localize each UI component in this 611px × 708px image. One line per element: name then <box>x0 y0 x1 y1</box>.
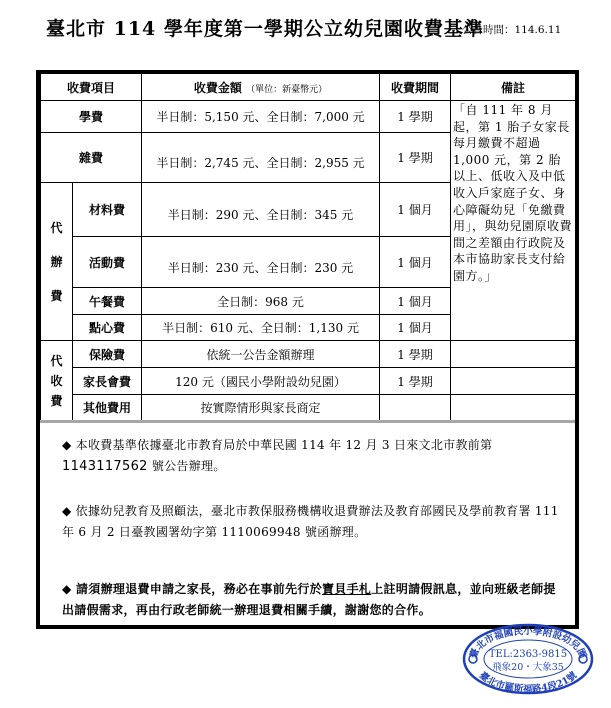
header-period: 收費期間 <box>380 74 451 101</box>
note-regulation: ◆ 依據幼兒教育及照顧法，臺北市教保服務機構收退費辦法及教育部國民及學前教育署 … <box>62 501 562 543</box>
group-daiban-cell: 代辦費 <box>41 183 73 341</box>
table-bottom-rule <box>40 420 575 423</box>
remark-text: 「自 111 年 8 月起，第 1 胎子女家長每月繳費不超過 1,000 元，第… <box>453 103 572 283</box>
period-cell: 1 學期 <box>380 368 451 395</box>
svg-text:TEL:2363-9815: TEL:2363-9815 <box>489 649 567 660</box>
seal-icon: 臺北市福國民小學附設幼兒園 臺北市羅斯福路4段21號 TEL:2363-9815… <box>461 622 595 696</box>
amount-cell: 120 元（國民小學附設幼兒園） <box>142 368 380 395</box>
notes-section: ◆ 本收費基準依據臺北市教育局於中華民國 114 年 12 月 3 日來文北市教… <box>62 435 562 645</box>
item-cell: 午餐費 <box>73 288 142 315</box>
item-cell: 雜費 <box>41 133 142 183</box>
period-cell: 1 個月 <box>380 237 451 288</box>
note1-text: ◆ 本收費基準依據臺北市教育局於中華民國 114 年 12 月 3 日來文北市教… <box>62 438 492 452</box>
item-cell: 其他費用 <box>73 395 142 421</box>
remark-cell: 「自 111 年 8 月起，第 1 胎子女家長每月繳費不超過 1,000 元，第… <box>451 101 576 341</box>
period-cell: 1 個月 <box>380 183 451 237</box>
item-cell: 家長會費 <box>73 368 142 395</box>
item-cell: 點心費 <box>73 315 142 341</box>
period-cell: 1 學期 <box>380 341 451 368</box>
header-amount-label: 收費金額 <box>194 81 242 95</box>
amount-cell: 半日制：2,745 元、全日制：2,955 元 <box>142 133 380 183</box>
note3-underlined: 寶貝手札 <box>322 582 371 596</box>
header-remark: 備註 <box>451 74 576 101</box>
period-cell: 1 個月 <box>380 288 451 315</box>
header-amount: 收費金額 （單位：新臺幣元） <box>142 74 380 101</box>
school-seal-stamp: 臺北市福國民小學附設幼兒園 臺北市羅斯福路4段21號 TEL:2363-9815… <box>461 622 595 696</box>
remark-cell-empty <box>451 341 576 368</box>
period-cell: 1 學期 <box>380 133 451 183</box>
table-row: 學費 半日制：5,150 元、全日制：7,000 元 1 學期 「自 111 年… <box>41 101 576 133</box>
publish-date: 公告時間：114.6.11 <box>462 22 561 37</box>
amount-cell: 全日制：968 元 <box>142 288 380 315</box>
item-cell: 活動費 <box>73 237 142 288</box>
table-row: 其他費用 按實際情形與家長商定 <box>41 395 576 421</box>
page-title: 臺北市 114 學年度第一學期公立幼兒園收費基準 <box>46 14 484 41</box>
period-cell: 1 學期 <box>380 101 451 133</box>
table-header-row: 收費項目 收費金額 （單位：新臺幣元） 收費期間 備註 <box>41 74 576 101</box>
remark-cell-empty <box>451 395 576 421</box>
note3-text: ◆ 請須辦理退費申請之家長，務必在事前先行於 <box>62 582 322 596</box>
note1-doc-number: 1143117562 <box>62 459 148 474</box>
header-amount-unit: （單位：新臺幣元） <box>246 85 327 95</box>
amount-cell: 按實際情形與家長商定 <box>142 395 380 421</box>
note-legal-basis: ◆ 本收費基準依據臺北市教育局於中華民國 114 年 12 月 3 日來文北市教… <box>62 435 562 477</box>
remark-cell-empty <box>451 368 576 395</box>
amount-cell: 半日制：610 元、全日制：1,130 元 <box>142 315 380 341</box>
item-cell: 保險費 <box>73 341 142 368</box>
svg-text:飛象20・大象35: 飛象20・大象35 <box>492 661 564 673</box>
group-daishou-cell: 代收費 <box>41 341 73 421</box>
document-frame: 收費項目 收費金額 （單位：新臺幣元） 收費期間 備註 學費 半日制：5,150… <box>36 70 579 629</box>
amount-cell: 半日制：230 元、全日制：230 元 <box>142 237 380 288</box>
note1-suffix: 號公告辦理。 <box>148 459 226 473</box>
table-row: 代收費 保險費 依統一公告金額辦理 1 學期 <box>41 341 576 368</box>
period-cell <box>380 395 451 421</box>
header-item: 收費項目 <box>41 74 142 101</box>
item-cell: 材料費 <box>73 183 142 237</box>
amount-cell: 半日制：290 元、全日制：345 元 <box>142 183 380 237</box>
table-row: 家長會費 120 元（國民小學附設幼兒園） 1 學期 <box>41 368 576 395</box>
item-cell: 學費 <box>41 101 142 133</box>
note-refund-request: ◆ 請須辦理退費申請之家長，務必在事前先行於寶貝手札上註明請假訊息，並向班級老師… <box>62 579 562 621</box>
period-cell: 1 個月 <box>380 315 451 341</box>
amount-cell: 半日制：5,150 元、全日制：7,000 元 <box>142 101 380 133</box>
group-daiban-label: 代辦費 <box>50 211 64 313</box>
amount-cell: 依統一公告金額辦理 <box>142 341 380 368</box>
group-daishou-label: 代收費 <box>50 351 64 411</box>
fee-table: 收費項目 收費金額 （單位：新臺幣元） 收費期間 備註 學費 半日制：5,150… <box>40 73 576 421</box>
